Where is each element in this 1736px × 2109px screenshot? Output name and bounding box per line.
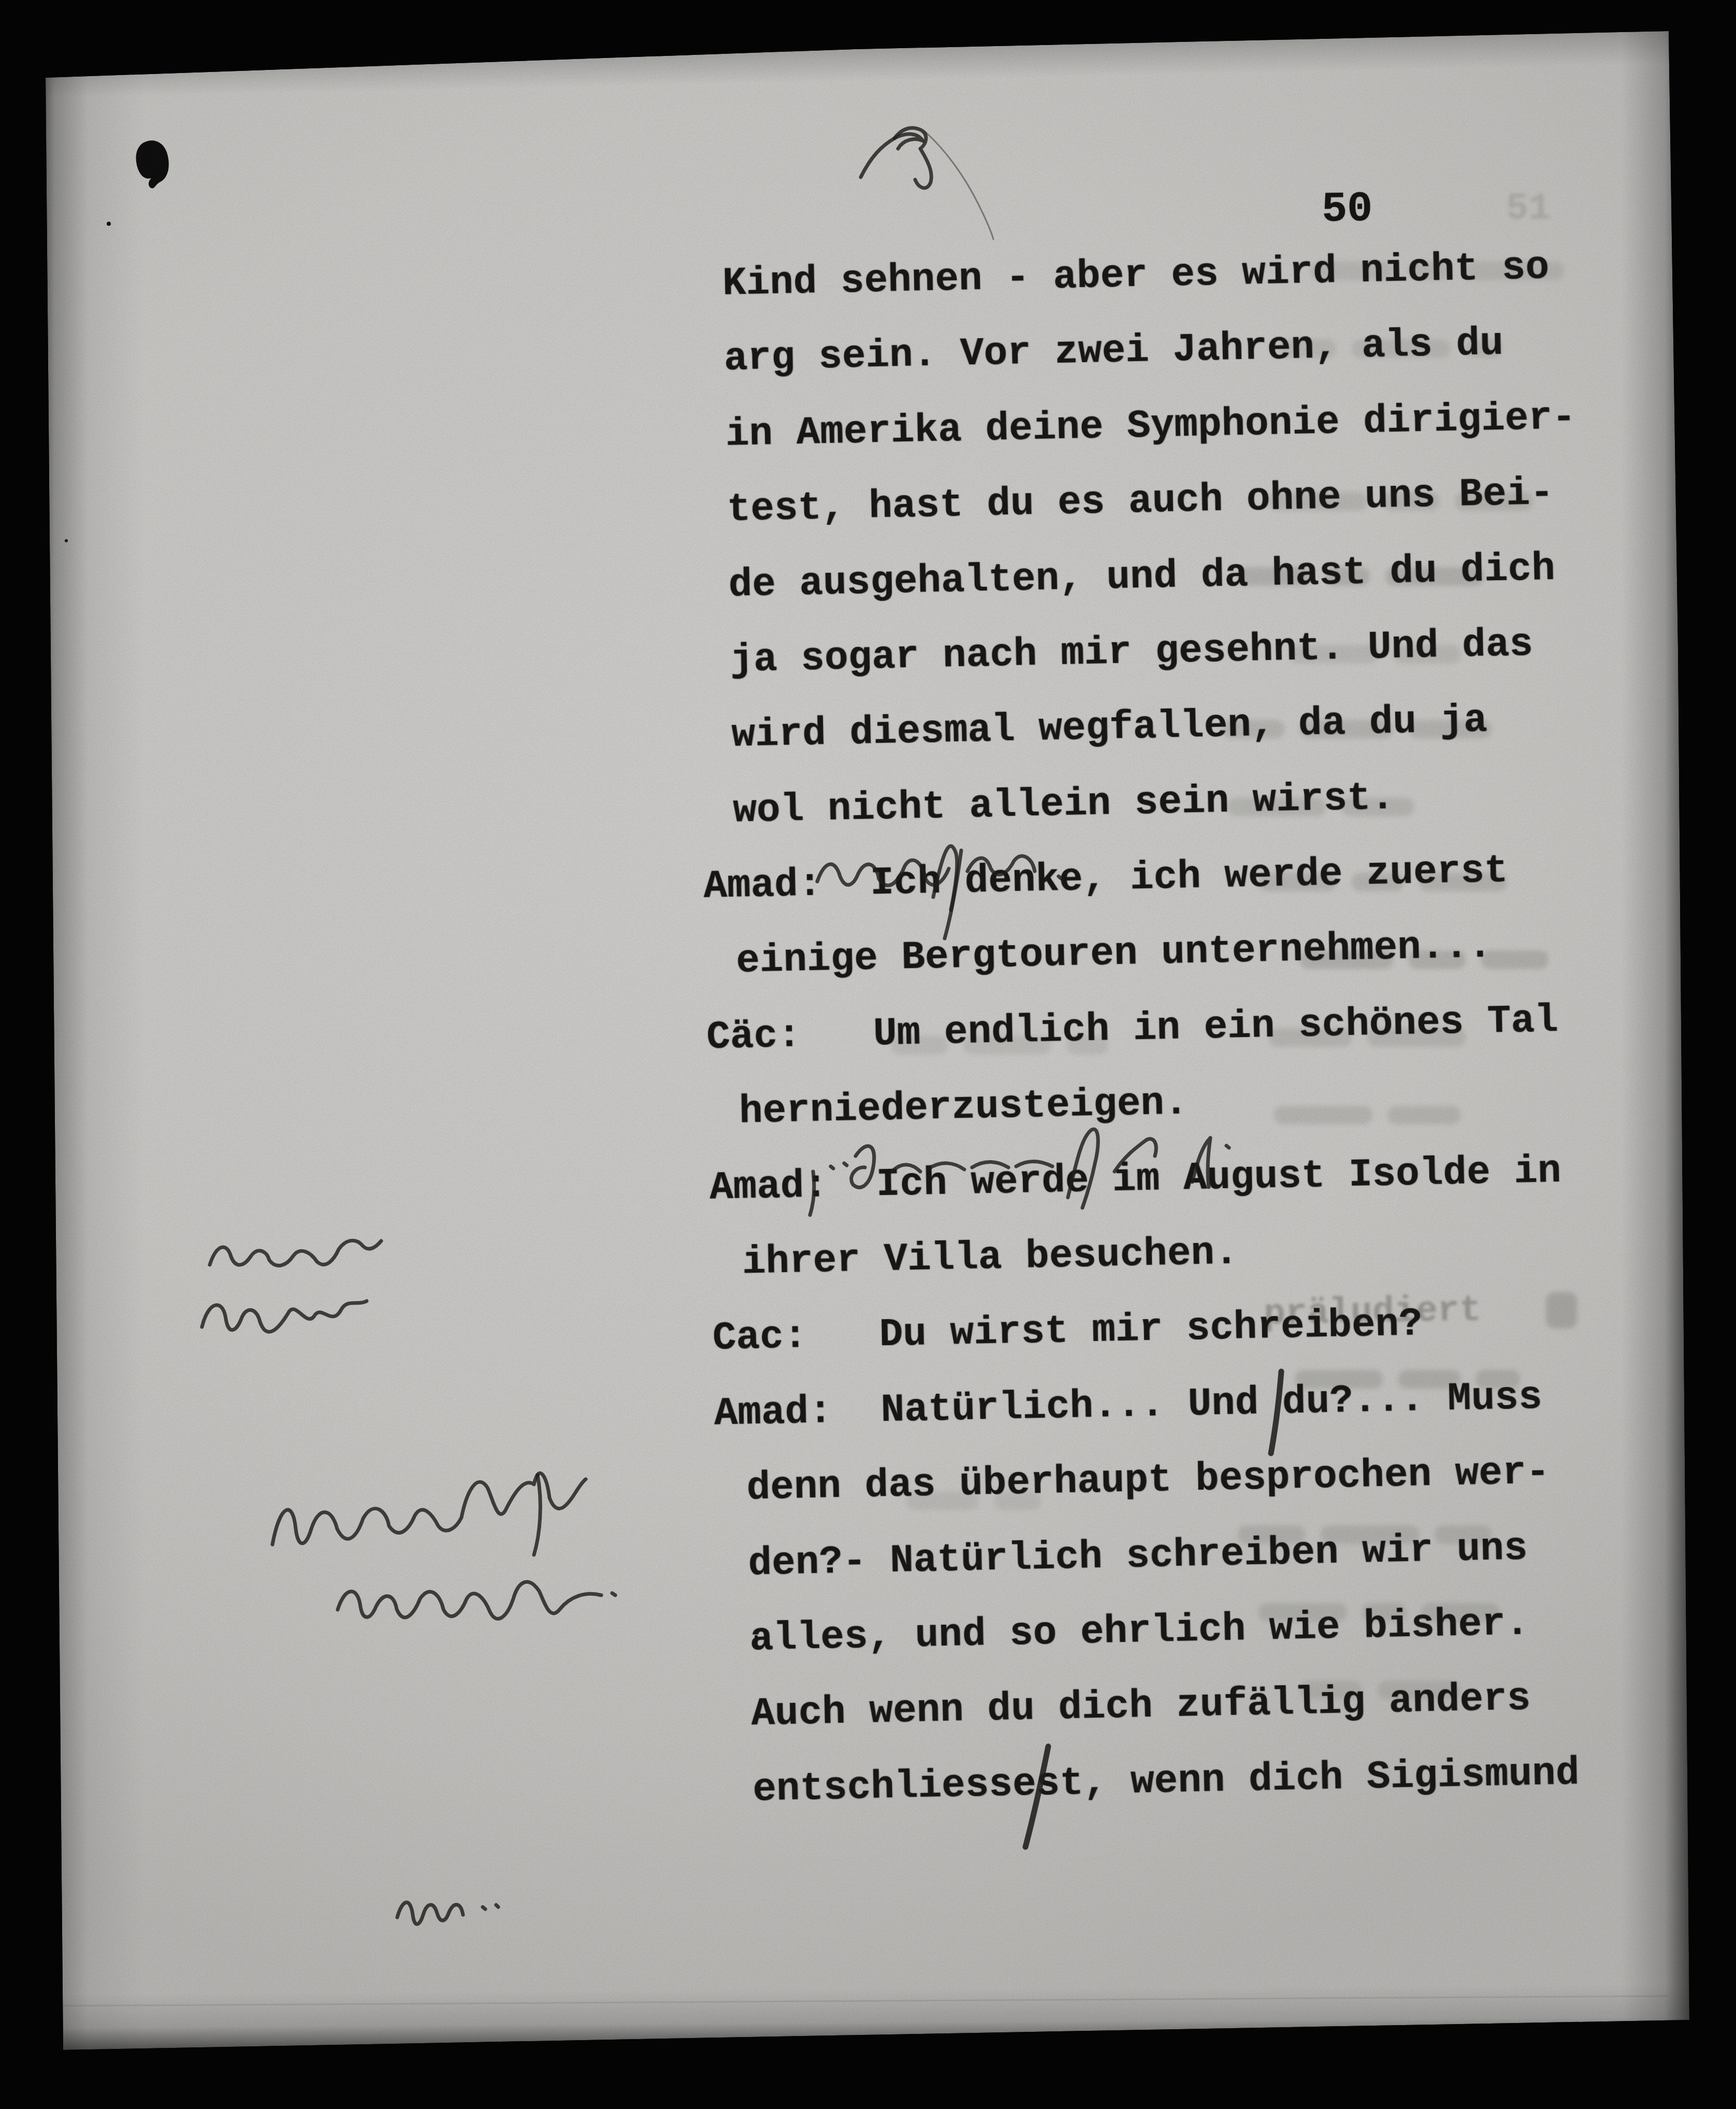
scanned-document: präludiert 50 51 Kind sehnen - aber es w…	[0, 0, 1736, 2109]
paper-grain	[0, 0, 1736, 2109]
